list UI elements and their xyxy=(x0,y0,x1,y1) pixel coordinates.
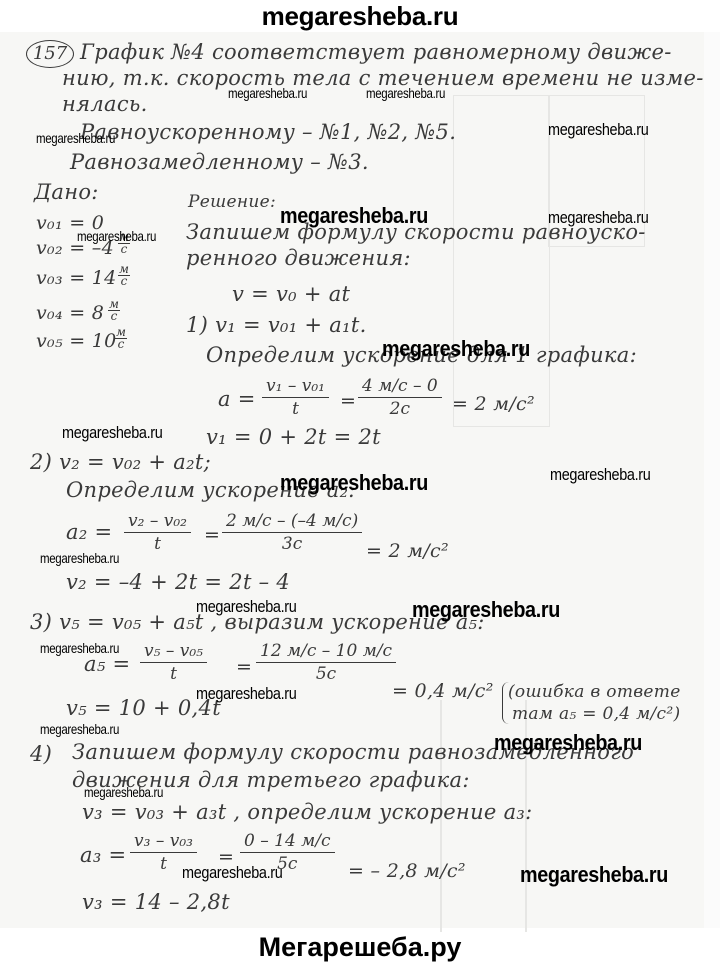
watermark: megaresheba.ru xyxy=(550,465,650,485)
step1-fraction-2: 4 м/с – 02с xyxy=(358,375,442,420)
watermark: megaresheba.ru xyxy=(182,863,282,883)
step4-equation: v₃ = 14 – 2,8t xyxy=(82,890,230,914)
step2-equation: v₂ = –4 + 2t = 2t – 4 xyxy=(66,570,290,594)
step2-label: 2) v₂ = v₀₂ + a₂t; xyxy=(30,450,211,474)
step1-equation: v₁ = 0 + 2t = 2t xyxy=(206,425,381,449)
step3-note-2: там a₅ = 0,4 м/с²) xyxy=(512,704,680,724)
step3-fraction-1: v₅ – v₀₅t xyxy=(140,640,207,685)
solution-title: Решение: xyxy=(188,192,276,212)
watermark: megaresheba.ru xyxy=(62,423,162,443)
watermark: megaresheba.ru xyxy=(228,85,307,101)
given-v03: v₀₃ = 14 xyxy=(36,267,117,289)
step4-formula: v₃ = v₀₃ + a₃t , определим ускорение a₃: xyxy=(82,800,533,824)
unit-v03: мс xyxy=(118,264,130,287)
watermark: megaresheba.ru xyxy=(196,684,296,704)
step2-lhs: a₂ = xyxy=(66,520,112,544)
watermark: megaresheba.ru xyxy=(40,640,119,656)
eq-sign: = xyxy=(236,656,252,678)
site-header: megaresheba.ru xyxy=(0,0,720,32)
uniformly-decelerated: Равнозамедленному – №3. xyxy=(70,150,369,174)
step3-note-1: (ошибка в ответе xyxy=(508,682,681,702)
task-number: 157 xyxy=(26,40,74,68)
watermark: megaresheba.ru xyxy=(36,130,115,146)
intro-line-1: График №4 соответствует равномерному дви… xyxy=(80,40,672,64)
watermark: megaresheba.ru xyxy=(40,721,119,737)
general-formula: v = v₀ + at xyxy=(232,282,350,306)
watermark: megaresheba.ru xyxy=(77,228,156,244)
step3-result: = 0,4 м/с² xyxy=(392,680,494,702)
watermark: megaresheba.ru xyxy=(494,730,642,756)
watermark: megaresheba.ru xyxy=(196,597,296,617)
unit-v04: мс xyxy=(108,299,120,322)
step1-label: 1) v₁ = v₀₁ + a₁t. xyxy=(186,313,367,337)
step2-fraction-1: v₂ – v₀₂t xyxy=(124,510,191,555)
step4-label: 4) xyxy=(30,742,52,766)
given-v05: v₀₅ = 10 xyxy=(36,330,117,352)
ghost-box xyxy=(453,95,550,427)
watermark: megaresheba.ru xyxy=(412,597,560,623)
given-title: Дано: xyxy=(34,180,99,204)
watermark: megaresheba.ru xyxy=(548,208,648,228)
eq-sign: = xyxy=(340,390,356,412)
watermark: megaresheba.ru xyxy=(280,203,428,229)
given-v04: v₀₄ = 8 xyxy=(36,302,104,324)
watermark: megaresheba.ru xyxy=(84,784,163,800)
watermark: megaresheba.ru xyxy=(382,336,530,362)
watermark: megaresheba.ru xyxy=(366,85,445,101)
step1-result: = 2 м/с² xyxy=(452,393,535,415)
step2-result: = 2 м/с² xyxy=(366,540,449,562)
watermark: megaresheba.ru xyxy=(548,120,648,140)
page-edge xyxy=(704,32,720,928)
eq-sign: = xyxy=(204,524,220,546)
step4-lhs: a₃ = xyxy=(80,843,126,867)
uniformly-accelerated: Равноускоренному – №1, №2, №5. xyxy=(80,120,456,144)
intro-line-3: нялась. xyxy=(62,92,148,116)
site-footer: Мегарешеба.ру xyxy=(0,930,720,965)
step2-fraction-2: 2 м/с – (–4 м/с)3с xyxy=(222,510,362,555)
step3-fraction-2: 12 м/с – 10 м/с5с xyxy=(256,640,396,685)
watermark: megaresheba.ru xyxy=(520,862,668,888)
watermark: megaresheba.ru xyxy=(280,470,428,496)
step4-result: = – 2,8 м/с² xyxy=(348,860,466,882)
watermark: megaresheba.ru xyxy=(40,550,119,566)
solution-intro-2: ренного движения: xyxy=(186,246,411,270)
step1-fraction-1: v₁ – v₀₁t xyxy=(262,375,329,420)
unit-v05: мс xyxy=(115,327,127,350)
step1-lhs: a = xyxy=(218,387,256,411)
